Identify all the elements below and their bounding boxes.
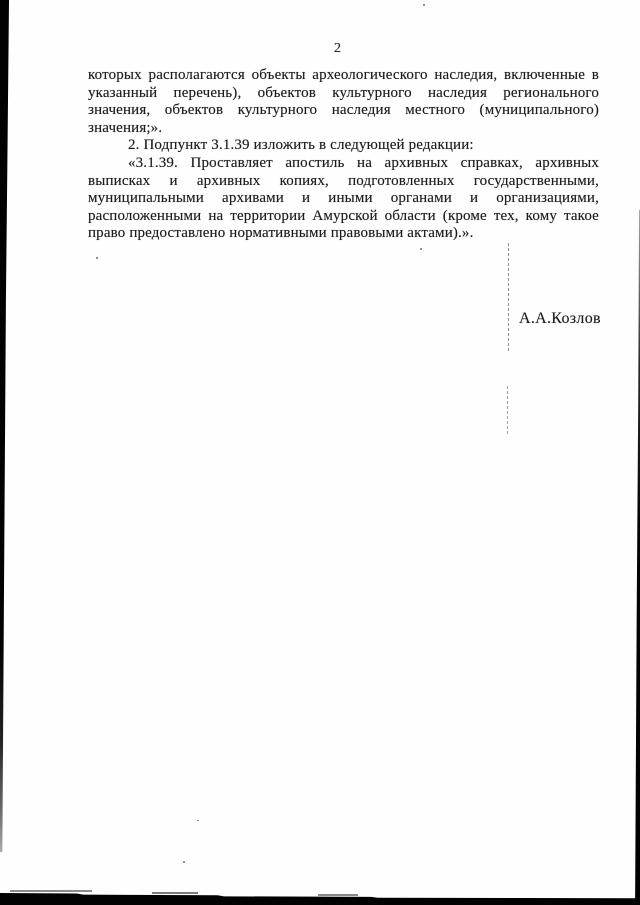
text-line: выписках и архивных копиях, подготовленн…	[88, 173, 599, 191]
text-line: расположенными на территории Амурской об…	[88, 208, 599, 226]
scan-edge-bottom-step	[152, 892, 198, 894]
dust-speck	[197, 820, 199, 821]
scan-fold-line	[507, 386, 508, 434]
dust-speck	[420, 248, 422, 250]
scanned-document-page: 2 которых располагаются объекты археолог…	[0, 0, 640, 905]
text-line: муниципальными архивами и иными органами…	[88, 190, 599, 208]
scan-edge-left	[0, 0, 9, 852]
text-line: «3.1.39. Проставляет апостиль на архивны…	[88, 155, 599, 173]
dust-speck	[183, 861, 185, 863]
dust-speck	[423, 4, 425, 6]
scan-fold-line	[508, 243, 509, 351]
text-line: значения;».	[88, 120, 599, 138]
text-line: 2. Подпункт 3.1.39 изложить в следующей …	[88, 137, 599, 155]
text-line: значения, объектов культурного наследия …	[88, 102, 599, 120]
scan-edge-right	[634, 210, 640, 905]
text-line: которых располагаются объекты археологич…	[88, 67, 599, 85]
signature-name: А.А.Козлов	[519, 310, 601, 328]
text-line: указанный перечень), объектов культурног…	[88, 85, 599, 103]
scan-edge-bottom-step	[10, 890, 92, 892]
page-number: 2	[334, 41, 341, 57]
dust-speck	[96, 257, 98, 259]
scan-edge-bottom-step	[318, 894, 358, 896]
text-line: право предоставлено нормативными правовы…	[88, 225, 599, 243]
document-body-text: которых располагаются объекты археологич…	[88, 67, 599, 243]
